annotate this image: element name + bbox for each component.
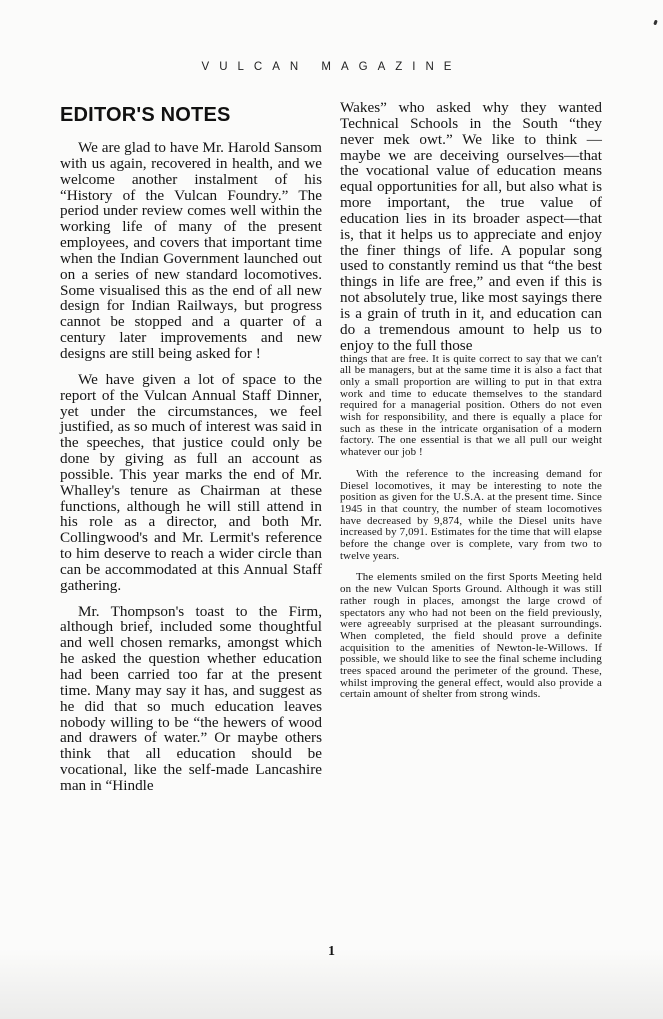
article-title: EDITOR'S NOTES — [60, 104, 322, 127]
paragraph-managers: things that are free. It is quite correc… — [340, 354, 602, 459]
left-column: EDITOR'S NOTES We are glad to have Mr. H… — [60, 100, 322, 794]
paragraph-sports-ground: The elements smiled on the first Sports … — [340, 572, 602, 701]
paragraph-sansom-history: We are glad to have Mr. Harold Sansom wi… — [60, 140, 322, 362]
paragraph-staff-dinner: We have given a lot of space to the repo… — [60, 372, 322, 594]
paragraph-education-continued: Wakes” who asked why they wanted Technic… — [340, 100, 602, 354]
paragraph-thompson-toast: Mr. Thompson's toast to the Firm, althou… — [60, 604, 322, 794]
magazine-masthead: VULCAN MAGAZINE — [0, 61, 663, 73]
print-speck — [653, 20, 658, 26]
paragraph-diesel-locomotives: With the reference to the increasing dem… — [340, 469, 602, 563]
right-column: Wakes” who asked why they wanted Technic… — [340, 100, 602, 711]
page-number: 1 — [0, 944, 663, 960]
